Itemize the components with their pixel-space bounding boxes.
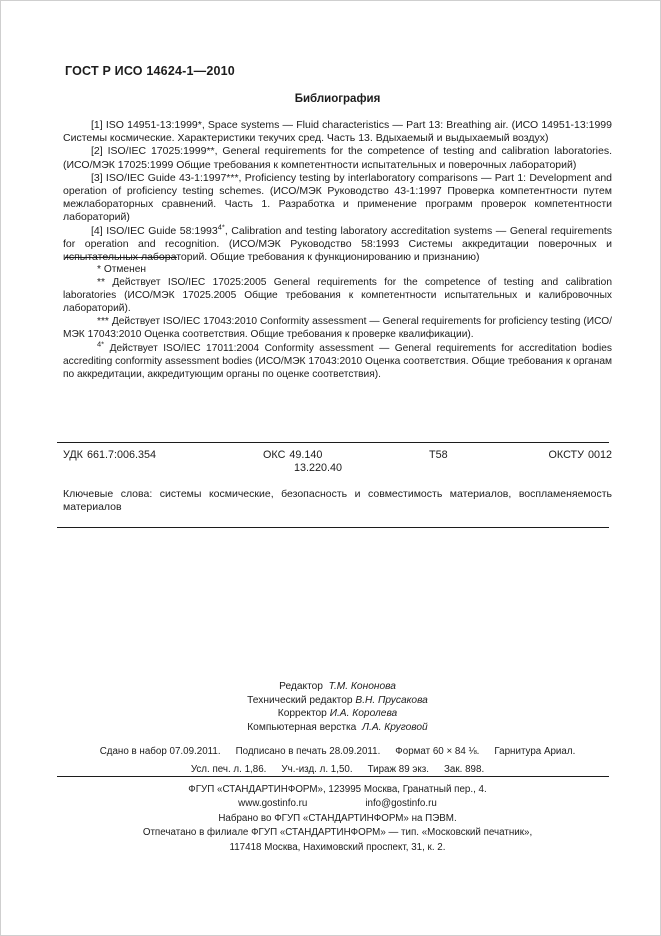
- signed-date: Подписано в печать 28.09.2011.: [236, 746, 381, 757]
- publisher-address: ФГУП «СТАНДАРТИНФОРМ», 123995 Москва, Гр…: [63, 783, 612, 797]
- bibliography-section: [1] ISO 14951-13:1999*, Space systems — …: [63, 119, 612, 264]
- bibliography-entry-4: [4] ISO/IEC Guide 58:19934*, Calibration…: [63, 225, 612, 265]
- staff-line-editor: Редактор Т.М. Кононова: [63, 680, 612, 694]
- entry-4-footnote-ref: 4*: [218, 222, 225, 231]
- bibliography-entry-2: [2] ISO/IEC 17025:1999**, General requir…: [63, 145, 612, 171]
- oks-label: ОКС: [263, 449, 285, 461]
- okstu-label: ОКСТУ: [549, 449, 584, 461]
- staff-label: Редактор: [279, 681, 323, 692]
- staff-name: Л.А. Круговой: [362, 722, 428, 733]
- typeset-note: Набрано во ФГУП «СТАНДАРТИНФОРМ» на ПЭВМ…: [63, 812, 612, 826]
- circulation: Тираж 89 экз.: [368, 764, 429, 775]
- publisher-block: ФГУП «СТАНДАРТИНФОРМ», 123995 Москва, Гр…: [63, 783, 612, 855]
- classification-codes-row: УДК661.7:006.354 ОКС49.140 13.220.40 Т58…: [63, 449, 612, 477]
- horizontal-rule-top: [57, 442, 609, 443]
- typeface: Гарнитура Ариал.: [494, 746, 575, 757]
- publisher-contacts: www.gostinfo.ru info@gostinfo.ru: [63, 797, 612, 811]
- footnote-4: 4* Действует ISO/IEC 17011:2004 Conformi…: [63, 342, 612, 381]
- staff-label: Компьютерная верстка: [247, 722, 356, 733]
- staff-label: Технический редактор: [247, 695, 352, 706]
- footnote-3: *** Действует ISO/IEC 17043:2010 Conform…: [63, 315, 612, 341]
- okstu-code: ОКСТУ0012: [549, 449, 613, 461]
- oks-value-2: 13.220.40: [263, 462, 342, 474]
- typeset-date: Сдано в набор 07.09.2011.: [100, 746, 221, 757]
- print-info-line-2: Усл. печ. л. 1,86. Уч.-изд. л. 1,50. Тир…: [63, 764, 612, 775]
- section-title: Библиография: [63, 93, 612, 105]
- oks-value-1: 49.140: [289, 449, 322, 461]
- footnote-1-text: Отменен: [104, 264, 146, 275]
- printer-address: 117418 Москва, Нахимовский проспект, 31,…: [63, 841, 612, 855]
- order-number: Зак. 898.: [444, 764, 484, 775]
- footnote-3-marker: ***: [97, 316, 109, 327]
- okstu-value: 0012: [588, 449, 612, 461]
- staff-name: Т.М. Кононова: [329, 681, 396, 692]
- print-sheets: Усл. печ. л. 1,86.: [191, 764, 267, 775]
- horizontal-rule-bottom: [57, 776, 609, 777]
- footnote-3-text: Действует ISO/IEC 17043:2010 Conformity …: [63, 316, 612, 340]
- footnote-2-text: Действует ISO/IEC 17025:2005 General req…: [63, 277, 612, 314]
- footnotes-section: * Отменен ** Действует ISO/IEC 17025:200…: [63, 263, 612, 381]
- entry-4-text: [4] ISO/IEC Guide 58:1993: [91, 225, 218, 237]
- oks-code: ОКС49.140 13.220.40: [263, 449, 342, 474]
- staff-name: В.Н. Прусакова: [355, 695, 427, 706]
- staff-name: И.А. Королева: [330, 708, 398, 719]
- footnote-1: * Отменен: [63, 263, 612, 276]
- bibliography-entry-3: [3] ISO/IEC Guide 43-1:1997***, Proficie…: [63, 172, 612, 225]
- horizontal-rule-middle: [57, 527, 609, 528]
- t-code: Т58: [429, 449, 448, 461]
- footnote-1-marker: *: [97, 264, 101, 275]
- print-info-line-1: Сдано в набор 07.09.2011. Подписано в пе…: [63, 746, 612, 757]
- bibliography-entry-1: [1] ISO 14951-13:1999*, Space systems — …: [63, 119, 612, 145]
- publisher-website: www.gostinfo.ru: [238, 797, 307, 811]
- document-page: ГОСТ Р ИСО 14624-1—2010 Библиография [1]…: [0, 0, 661, 936]
- keywords-paragraph: Ключевые слова: системы космические, без…: [63, 488, 612, 515]
- udk-label: УДК: [63, 449, 83, 461]
- udk-value: 661.7:006.354: [87, 449, 156, 461]
- staff-credits: Редактор Т.М. Кононова Технический редак…: [63, 680, 612, 735]
- printed-note: Отпечатано в филиале ФГУП «СТАНДАРТИНФОР…: [63, 826, 612, 840]
- publish-sheets: Уч.-изд. л. 1,50.: [281, 764, 352, 775]
- staff-line-corrector: Корректор И.А. Королева: [63, 707, 612, 721]
- staff-label: Корректор: [278, 708, 327, 719]
- staff-line-tech-editor: Технический редактор В.Н. Прусакова: [63, 694, 612, 708]
- footnote-4-text: Действует ISO/IEC 17011:2004 Conformity …: [63, 343, 612, 380]
- footnote-2-marker: **: [97, 277, 105, 288]
- publisher-email: info@gostinfo.ru: [365, 797, 437, 811]
- format: Формат 60 × 84 ⅛.: [395, 746, 479, 757]
- staff-line-layout: Компьютерная верстка Л.А. Круговой: [63, 721, 612, 735]
- footnote-4-marker: 4*: [97, 339, 104, 348]
- udk-code: УДК661.7:006.354: [63, 449, 156, 461]
- footnote-separator-rule: [65, 257, 177, 258]
- doc-code: ГОСТ Р ИСО 14624-1—2010: [65, 64, 235, 78]
- footnote-2: ** Действует ISO/IEC 17025:2005 General …: [63, 276, 612, 315]
